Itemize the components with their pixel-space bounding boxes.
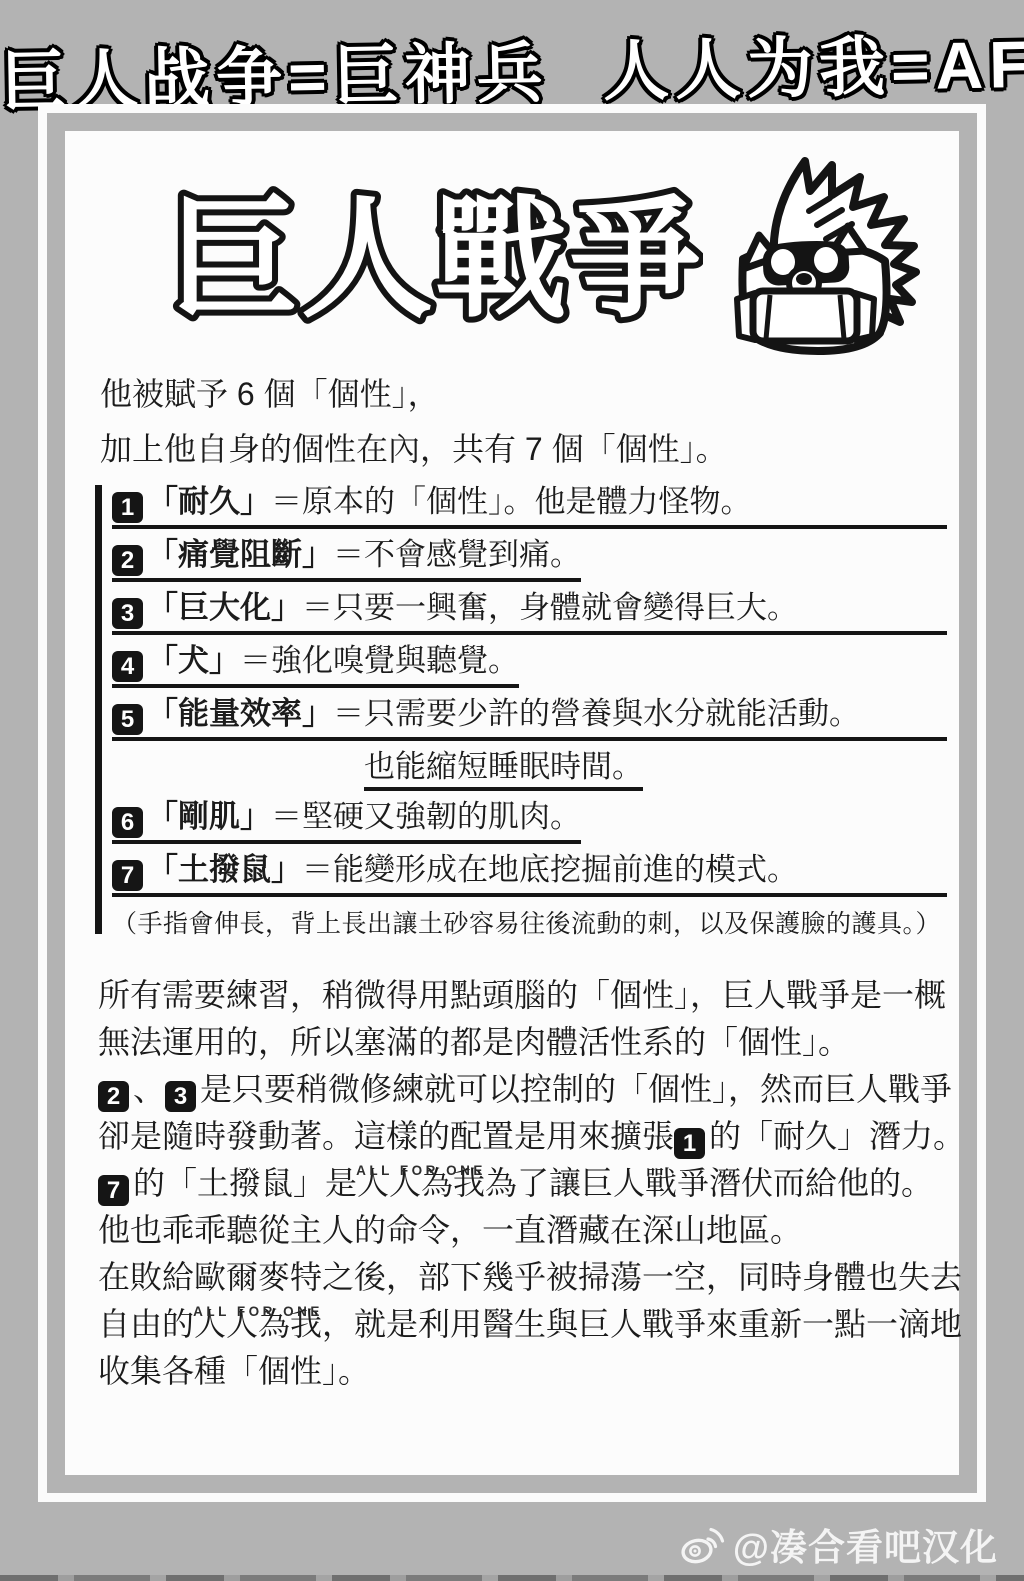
quirk-name: 「能量效率」	[147, 696, 333, 731]
quirk-list-section: 1「耐久」＝原本的「個性」。他是體力怪物。2「痛覺阻斷」＝不會感覺到痛。3「巨大…	[95, 483, 947, 940]
section-title: 巨人戰爭	[163, 173, 703, 346]
quirk-number-badge: 1	[112, 492, 143, 523]
paragraph-line: 收集各種「個性」。	[98, 1348, 962, 1395]
ruby-annotated-text: ALL FOR ONE人人為我	[194, 1301, 322, 1348]
quirk-number-badge: 3	[112, 598, 143, 629]
quirk-number-badge: 7	[98, 1175, 129, 1206]
quirk-note: （手指會伸長，背上長出讓土砂容易往後流動的刺，以及保護臉的護具。）	[112, 904, 947, 940]
quirk-number-badge: 3	[165, 1081, 196, 1112]
quirk-number-badge: 4	[112, 651, 143, 682]
quirk-item: 3「巨大化」＝只要一興奮，身體就會變得巨大。	[112, 589, 947, 635]
paragraph-line: 他也乖乖聽從主人的命令，一直潛藏在深山地區。	[98, 1207, 962, 1254]
bottom-edge-strip	[0, 1575, 1024, 1581]
paragraph-line: 所有需要練習，稍微得用點頭腦的「個性」，巨人戰爭是一概	[98, 972, 965, 1019]
content-panel: 巨人戰爭 他被賦予 6 個「個	[65, 131, 959, 1475]
quirk-number-badge: 6	[112, 807, 143, 838]
quirk-number-badge: 2	[98, 1081, 129, 1112]
quirk-name: 「耐久」	[147, 484, 271, 519]
quirk-number-badge: 2	[112, 545, 143, 576]
quirk-item-continuation: 也能縮短睡眠時間。	[364, 748, 643, 791]
watermark-handle: @凑合看吧汉化	[733, 1517, 998, 1571]
quirk-list: 1「耐久」＝原本的「個性」。他是體力怪物。2「痛覺阻斷」＝不會感覺到痛。3「巨大…	[112, 483, 947, 897]
quirk-description: ＝原本的「個性」。他是體力怪物。	[271, 484, 752, 519]
paragraph-line: 2、3是只要稍微修練就可以控制的「個性」，然而巨人戰爭	[98, 1066, 965, 1113]
paragraph-line: 7的「土撥鼠」是ALL FOR ONE人人為我為了讓巨人戰爭潛伏而給他的。	[98, 1160, 962, 1207]
quirk-item: 1「耐久」＝原本的「個性」。他是體力怪物。	[112, 483, 947, 529]
quirk-item: 2「痛覺阻斷」＝不會感覺到痛。	[112, 536, 581, 582]
intro-line: 加上他自身的個性在內，共有 7 個「個性」。	[100, 422, 728, 477]
quirk-item: 7「土撥鼠」＝能變形成在地底挖掘前進的模式。	[112, 851, 947, 897]
paragraph-line: 無法運用的，所以塞滿的都是肉體活性系的「個性」。	[98, 1019, 965, 1066]
quirk-name: 「土撥鼠」	[147, 852, 302, 887]
quirk-description: ＝能變形成在地底挖掘前進的模式。	[302, 852, 798, 887]
intro-paragraph: 他被賦予 6 個「個性」， 加上他自身的個性在內，共有 7 個「個性」。	[100, 367, 728, 477]
gigantomachia-mascot-icon	[713, 149, 925, 357]
section-title-svg: 巨人戰爭	[163, 173, 703, 341]
paragraph-line: 卻是隨時發動著。這樣的配置是用來擴張1的「耐久」潛力。	[98, 1113, 965, 1160]
ruby-annotated-text: ALL FOR ONE人人為我	[357, 1160, 485, 1207]
quirk-name: 「痛覺阻斷」	[147, 537, 333, 572]
intro-line: 他被賦予 6 個「個性」，	[100, 367, 728, 422]
quirk-number-badge: 1	[674, 1128, 705, 1159]
section-title-text: 巨人戰爭	[167, 186, 703, 333]
quirk-description: ＝堅硬又強韌的肌肉。	[271, 799, 581, 834]
weibo-icon	[680, 1524, 726, 1564]
afo-paragraph: 7的「土撥鼠」是ALL FOR ONE人人為我為了讓巨人戰爭潛伏而給他的。他也乖…	[98, 1160, 962, 1395]
quirk-item: 5「能量效率」＝只需要少許的營養與水分就能活動。	[112, 695, 947, 741]
quirk-name: 「犬」	[147, 643, 240, 678]
weibo-watermark: @凑合看吧汉化	[680, 1517, 998, 1571]
ruby-label: ALL FOR ONE	[356, 1147, 486, 1194]
quirk-name: 「剛肌」	[147, 799, 271, 834]
paragraph-line: 自由的ALL FOR ONE人人為我，就是利用醫生與巨人戰爭來重新一點一滴地	[98, 1301, 962, 1348]
quirk-name: 「巨大化」	[147, 590, 302, 625]
ruby-label: ALL FOR ONE	[193, 1288, 323, 1335]
quirk-description: ＝強化嗅覺與聽覺。	[240, 643, 519, 678]
quirk-item: 4「犬」＝強化嗅覺與聽覺。	[112, 642, 519, 688]
quirk-item: 6「剛肌」＝堅硬又強韌的肌肉。	[112, 798, 581, 844]
quirk-description: ＝只要一興奮，身體就會變得巨大。	[302, 590, 798, 625]
quirk-description: ＝不會感覺到痛。	[333, 537, 581, 572]
quirk-number-badge: 7	[112, 860, 143, 891]
analysis-paragraph: 所有需要練習，稍微得用點頭腦的「個性」，巨人戰爭是一概無法運用的，所以塞滿的都是…	[98, 972, 965, 1160]
content-frame: 巨人戰爭 他被賦予 6 個「個	[38, 104, 986, 1502]
quirk-number-badge: 5	[112, 704, 143, 735]
quirk-description: ＝只需要少許的營養與水分就能活動。	[333, 696, 860, 731]
